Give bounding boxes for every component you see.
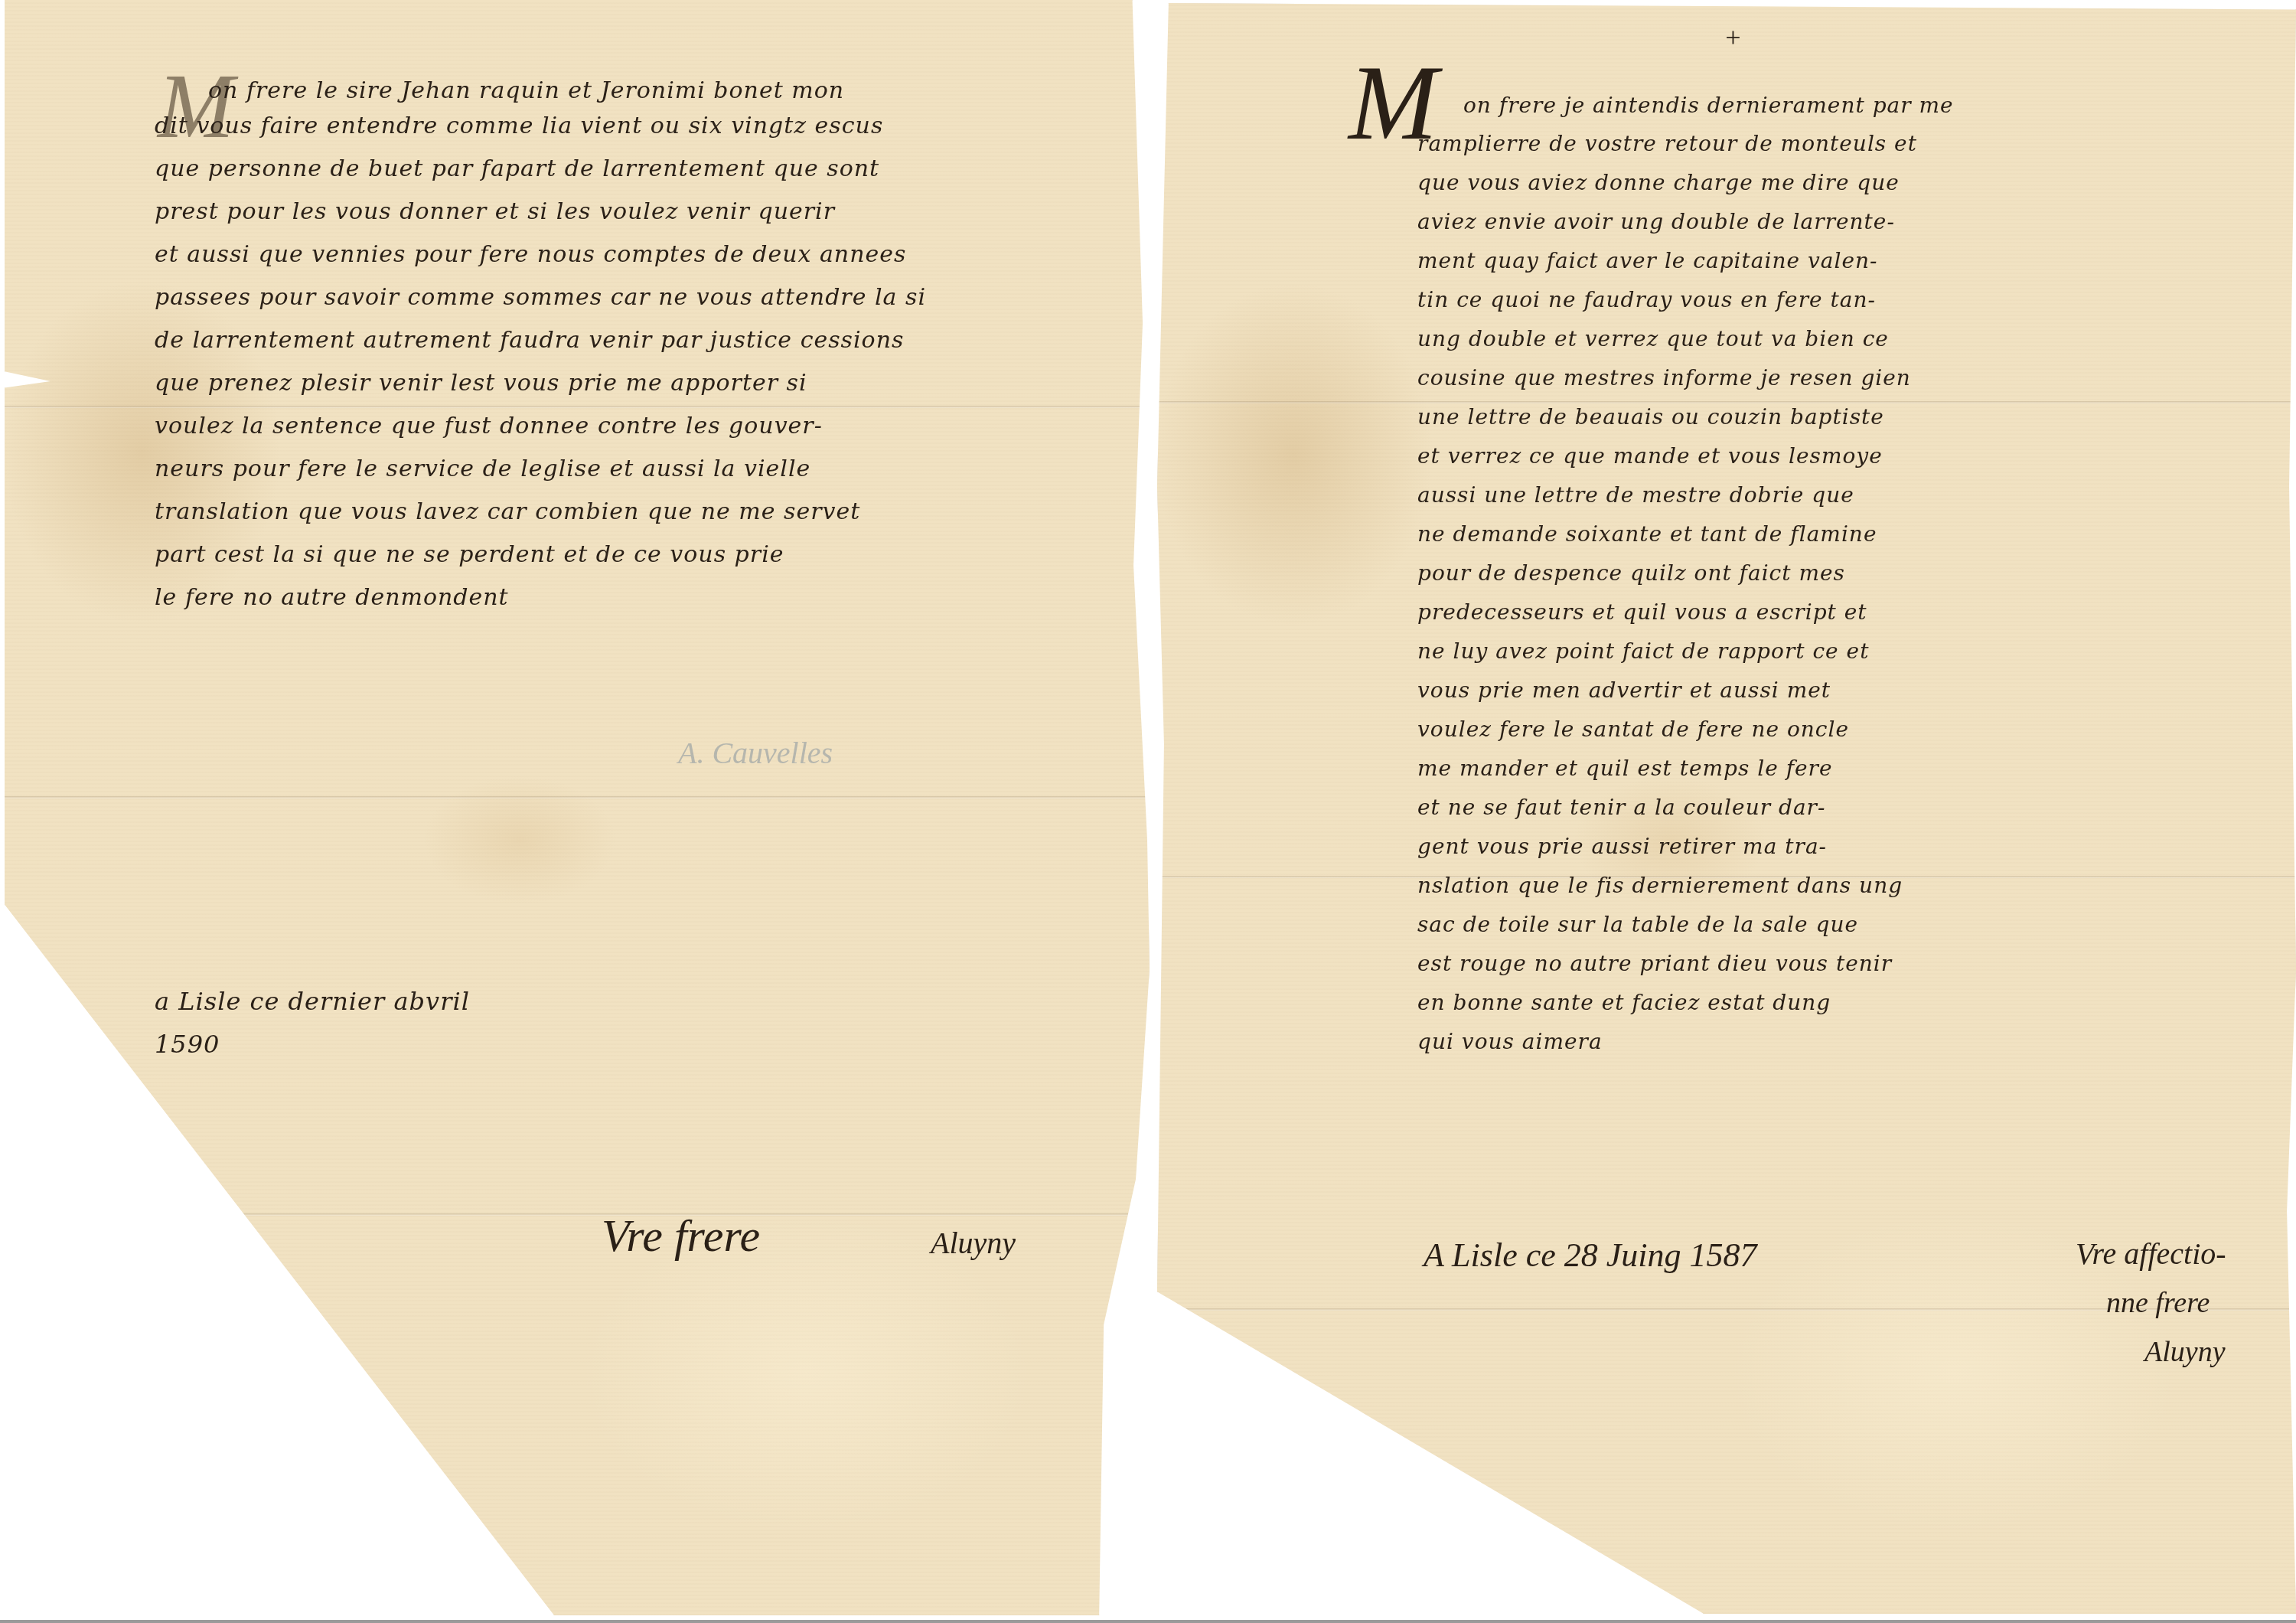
letter-line: predecesseurs et quil vous a escript et xyxy=(1417,602,1954,641)
letter-line: que personne de buet par fapart de larre… xyxy=(155,158,926,201)
letter-line: vous prie men advertir et aussi met xyxy=(1417,680,1954,719)
letter-line: une lettre de beauais ou couzin baptiste xyxy=(1417,407,1954,446)
letter-line: qui vous aimera xyxy=(1417,1031,1954,1070)
letter-line: ne demande soixante et tant de flamine xyxy=(1417,524,1954,563)
closing-right-2: nne frere xyxy=(2106,1286,2210,1320)
letter-line: ramplierre de vostre retour de monteuls … xyxy=(1417,133,1954,172)
letter-body-right: on frere je aintendis dernierament par m… xyxy=(1417,95,1954,1070)
closing-left: Vre frere xyxy=(602,1210,760,1262)
letter-line: me mander et quil est temps le fere xyxy=(1417,758,1954,797)
letter-line: nslation que le fis dernierement dans un… xyxy=(1417,875,1954,914)
letter-line: translation que vous lavez car combien q… xyxy=(155,501,926,544)
manuscript-sheet-left: M on frere le sire Jehan raquin et Jeron… xyxy=(5,0,1150,1615)
fold-crease xyxy=(5,1213,1150,1216)
dateline-year: 1590 xyxy=(155,1032,470,1075)
letter-line: ne luy avez point faict de rapport ce et xyxy=(1417,641,1954,680)
top-cross-mark: + xyxy=(1724,21,1742,54)
letter-line: est rouge no autre priant dieu vous teni… xyxy=(1417,953,1954,992)
letter-line: le fere no autre denmondent xyxy=(155,586,926,629)
scan-bottom-edge xyxy=(0,1620,2296,1623)
letter-line: sac de toile sur la table de la sale que xyxy=(1417,914,1954,953)
letter-line: en bonne sante et faciez estat dung xyxy=(1417,992,1954,1031)
letter-line: on frere je aintendis dernierament par m… xyxy=(1463,95,1954,133)
letter-line: ung double et verrez que tout va bien ce xyxy=(1417,328,1954,367)
signature-right: Aluyny xyxy=(2144,1335,2226,1369)
manuscript-sheet-right: + M on frere je aintendis dernierament p… xyxy=(1157,3,2296,1614)
letter-line: cousine que mestres informe je resen gie… xyxy=(1417,367,1954,407)
letter-line: et ne se faut tenir a la couleur dar- xyxy=(1417,797,1954,836)
closing-right-1: Vre affectio- xyxy=(2076,1236,2226,1272)
dateline-left: a Lisle ce dernier abvril 1590 xyxy=(155,989,470,1075)
letter-line: de larrentement autrement faudra venir p… xyxy=(155,329,926,372)
letter-line: prest pour les vous donner et si les vou… xyxy=(155,201,926,243)
signature-left: Aluyny xyxy=(931,1225,1016,1261)
dateline-place: a Lisle ce dernier abvril xyxy=(155,989,470,1032)
letter-line: neurs pour fere le service de leglise et… xyxy=(155,458,926,501)
letter-line: part cest la si que ne se perdent et de … xyxy=(155,544,926,586)
letter-line: dit vous faire entendre comme lia vient … xyxy=(155,115,926,158)
fold-crease xyxy=(5,796,1150,798)
letter-line: ment quay faict aver le capitaine valen- xyxy=(1417,250,1954,289)
letter-line: et verrez ce que mande et vous lesmoye xyxy=(1417,446,1954,485)
letter-line: que prenez plesir venir lest vous prie m… xyxy=(155,372,926,415)
letter-line: que vous aviez donne charge me dire que xyxy=(1417,172,1954,211)
pencil-annotation: A. Cauvelles xyxy=(678,735,833,771)
letter-line: aussi une lettre de mestre dobrie que xyxy=(1417,485,1954,524)
letter-line: on frere le sire Jehan raquin et Jeronim… xyxy=(208,80,926,115)
letter-line: et aussi que vennies pour fere nous comp… xyxy=(155,243,926,286)
letter-line: passees pour savoir comme sommes car ne … xyxy=(155,286,926,329)
letter-line: voulez fere le santat de fere ne oncle xyxy=(1417,719,1954,758)
letter-line: gent vous prie aussi retirer ma tra- xyxy=(1417,836,1954,875)
letter-line: pour de despence quilz ont faict mes xyxy=(1417,563,1954,602)
dateline-right: A Lisle ce 28 Juing 1587 xyxy=(1424,1236,1756,1275)
letter-body-left: on frere le sire Jehan raquin et Jeronim… xyxy=(155,80,926,629)
letter-line: aviez envie avoir ung double de larrente… xyxy=(1417,211,1954,250)
letter-line: tin ce quoi ne faudray vous en fere tan- xyxy=(1417,289,1954,328)
punch-hole xyxy=(1171,1389,1177,1398)
letter-line: voulez la sentence que fust donnee contr… xyxy=(155,415,926,458)
